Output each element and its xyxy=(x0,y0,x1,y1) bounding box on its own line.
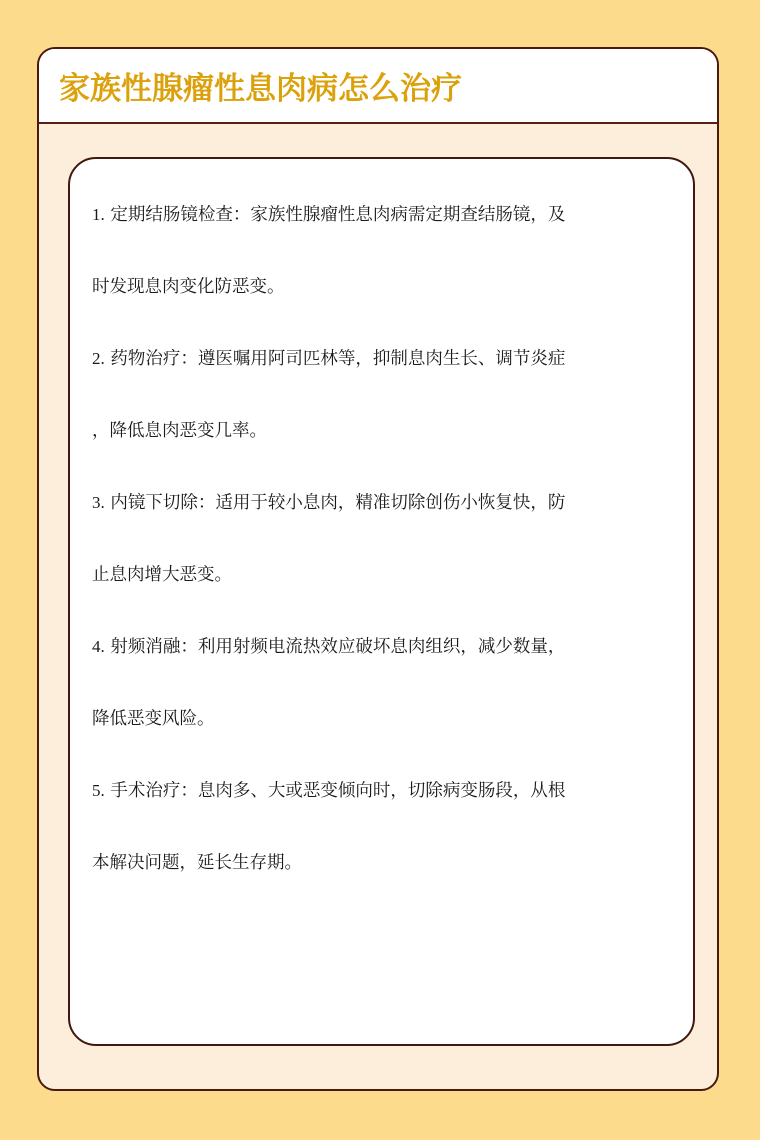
list-item: 5. 手术治疗：息肉多、大或恶变倾向时，切除病变肠段，从根 本解决问题，延长生存… xyxy=(92,781,671,925)
page-title: 家族性腺瘤性息肉病怎么治疗 xyxy=(59,63,462,108)
list-item-line: ，降低息肉恶变几率。 xyxy=(92,421,671,493)
list-item-line: 5. 手术治疗：息肉多、大或恶变倾向时，切除病变肠段，从根 xyxy=(92,781,671,853)
list-item-line: 本解决问题，延长生存期。 xyxy=(92,853,671,925)
list-item-line: 时发现息肉变化防恶变。 xyxy=(92,277,671,349)
item-text: 降低恶变风险。 xyxy=(92,709,215,729)
item-number: 1. xyxy=(92,205,105,224)
item-text: 定期结肠镜检查：家族性腺瘤性息肉病需定期查结肠镜，及 xyxy=(110,205,565,225)
article-card: 家族性腺瘤性息肉病怎么治疗 1. 定期结肠镜检查：家族性腺瘤性息肉病需定期查结肠… xyxy=(37,47,719,1091)
item-text: 药物治疗：遵医嘱用阿司匹林等，抑制息肉生长、调节炎症 xyxy=(110,349,565,369)
list-item: 1. 定期结肠镜检查：家族性腺瘤性息肉病需定期查结肠镜，及 时发现息肉变化防恶变… xyxy=(92,205,671,349)
list-item-line: 4. 射频消融：利用射频电流热效应破坏息肉组织，减少数量， xyxy=(92,637,671,709)
item-number: 3. xyxy=(92,493,105,512)
item-text: 射频消融：利用射频电流热效应破坏息肉组织，减少数量， xyxy=(110,637,565,657)
item-text: 内镜下切除：适用于较小息肉，精准切除创伤小恢复快，防 xyxy=(110,493,565,513)
item-text: ，降低息肉恶变几率。 xyxy=(92,421,267,441)
item-text: 本解决问题，延长生存期。 xyxy=(92,853,302,873)
item-number: 2. xyxy=(92,349,105,368)
list-item: 4. 射频消融：利用射频电流热效应破坏息肉组织，减少数量， 降低恶变风险。 xyxy=(92,637,671,781)
list-item-line: 降低恶变风险。 xyxy=(92,709,671,781)
item-number: 5. xyxy=(92,781,105,800)
item-text: 止息肉增大恶变。 xyxy=(92,565,232,585)
item-text: 手术治疗：息肉多、大或恶变倾向时，切除病变肠段，从根 xyxy=(110,781,565,801)
item-number: 4. xyxy=(92,637,105,656)
list-item-line: 止息肉增大恶变。 xyxy=(92,565,671,637)
item-text: 时发现息肉变化防恶变。 xyxy=(92,277,285,297)
list-item: 2. 药物治疗：遵医嘱用阿司匹林等，抑制息肉生长、调节炎症 ，降低息肉恶变几率。 xyxy=(92,349,671,493)
list-item-line: 1. 定期结肠镜检查：家族性腺瘤性息肉病需定期查结肠镜，及 xyxy=(92,205,671,277)
content-panel: 1. 定期结肠镜检查：家族性腺瘤性息肉病需定期查结肠镜，及 时发现息肉变化防恶变… xyxy=(68,157,695,1046)
list-item-line: 3. 内镜下切除：适用于较小息肉，精准切除创伤小恢复快，防 xyxy=(92,493,671,565)
title-bar: 家族性腺瘤性息肉病怎么治疗 xyxy=(39,49,717,124)
list-item-line: 2. 药物治疗：遵医嘱用阿司匹林等，抑制息肉生长、调节炎症 xyxy=(92,349,671,421)
list-item: 3. 内镜下切除：适用于较小息肉，精准切除创伤小恢复快，防 止息肉增大恶变。 xyxy=(92,493,671,637)
